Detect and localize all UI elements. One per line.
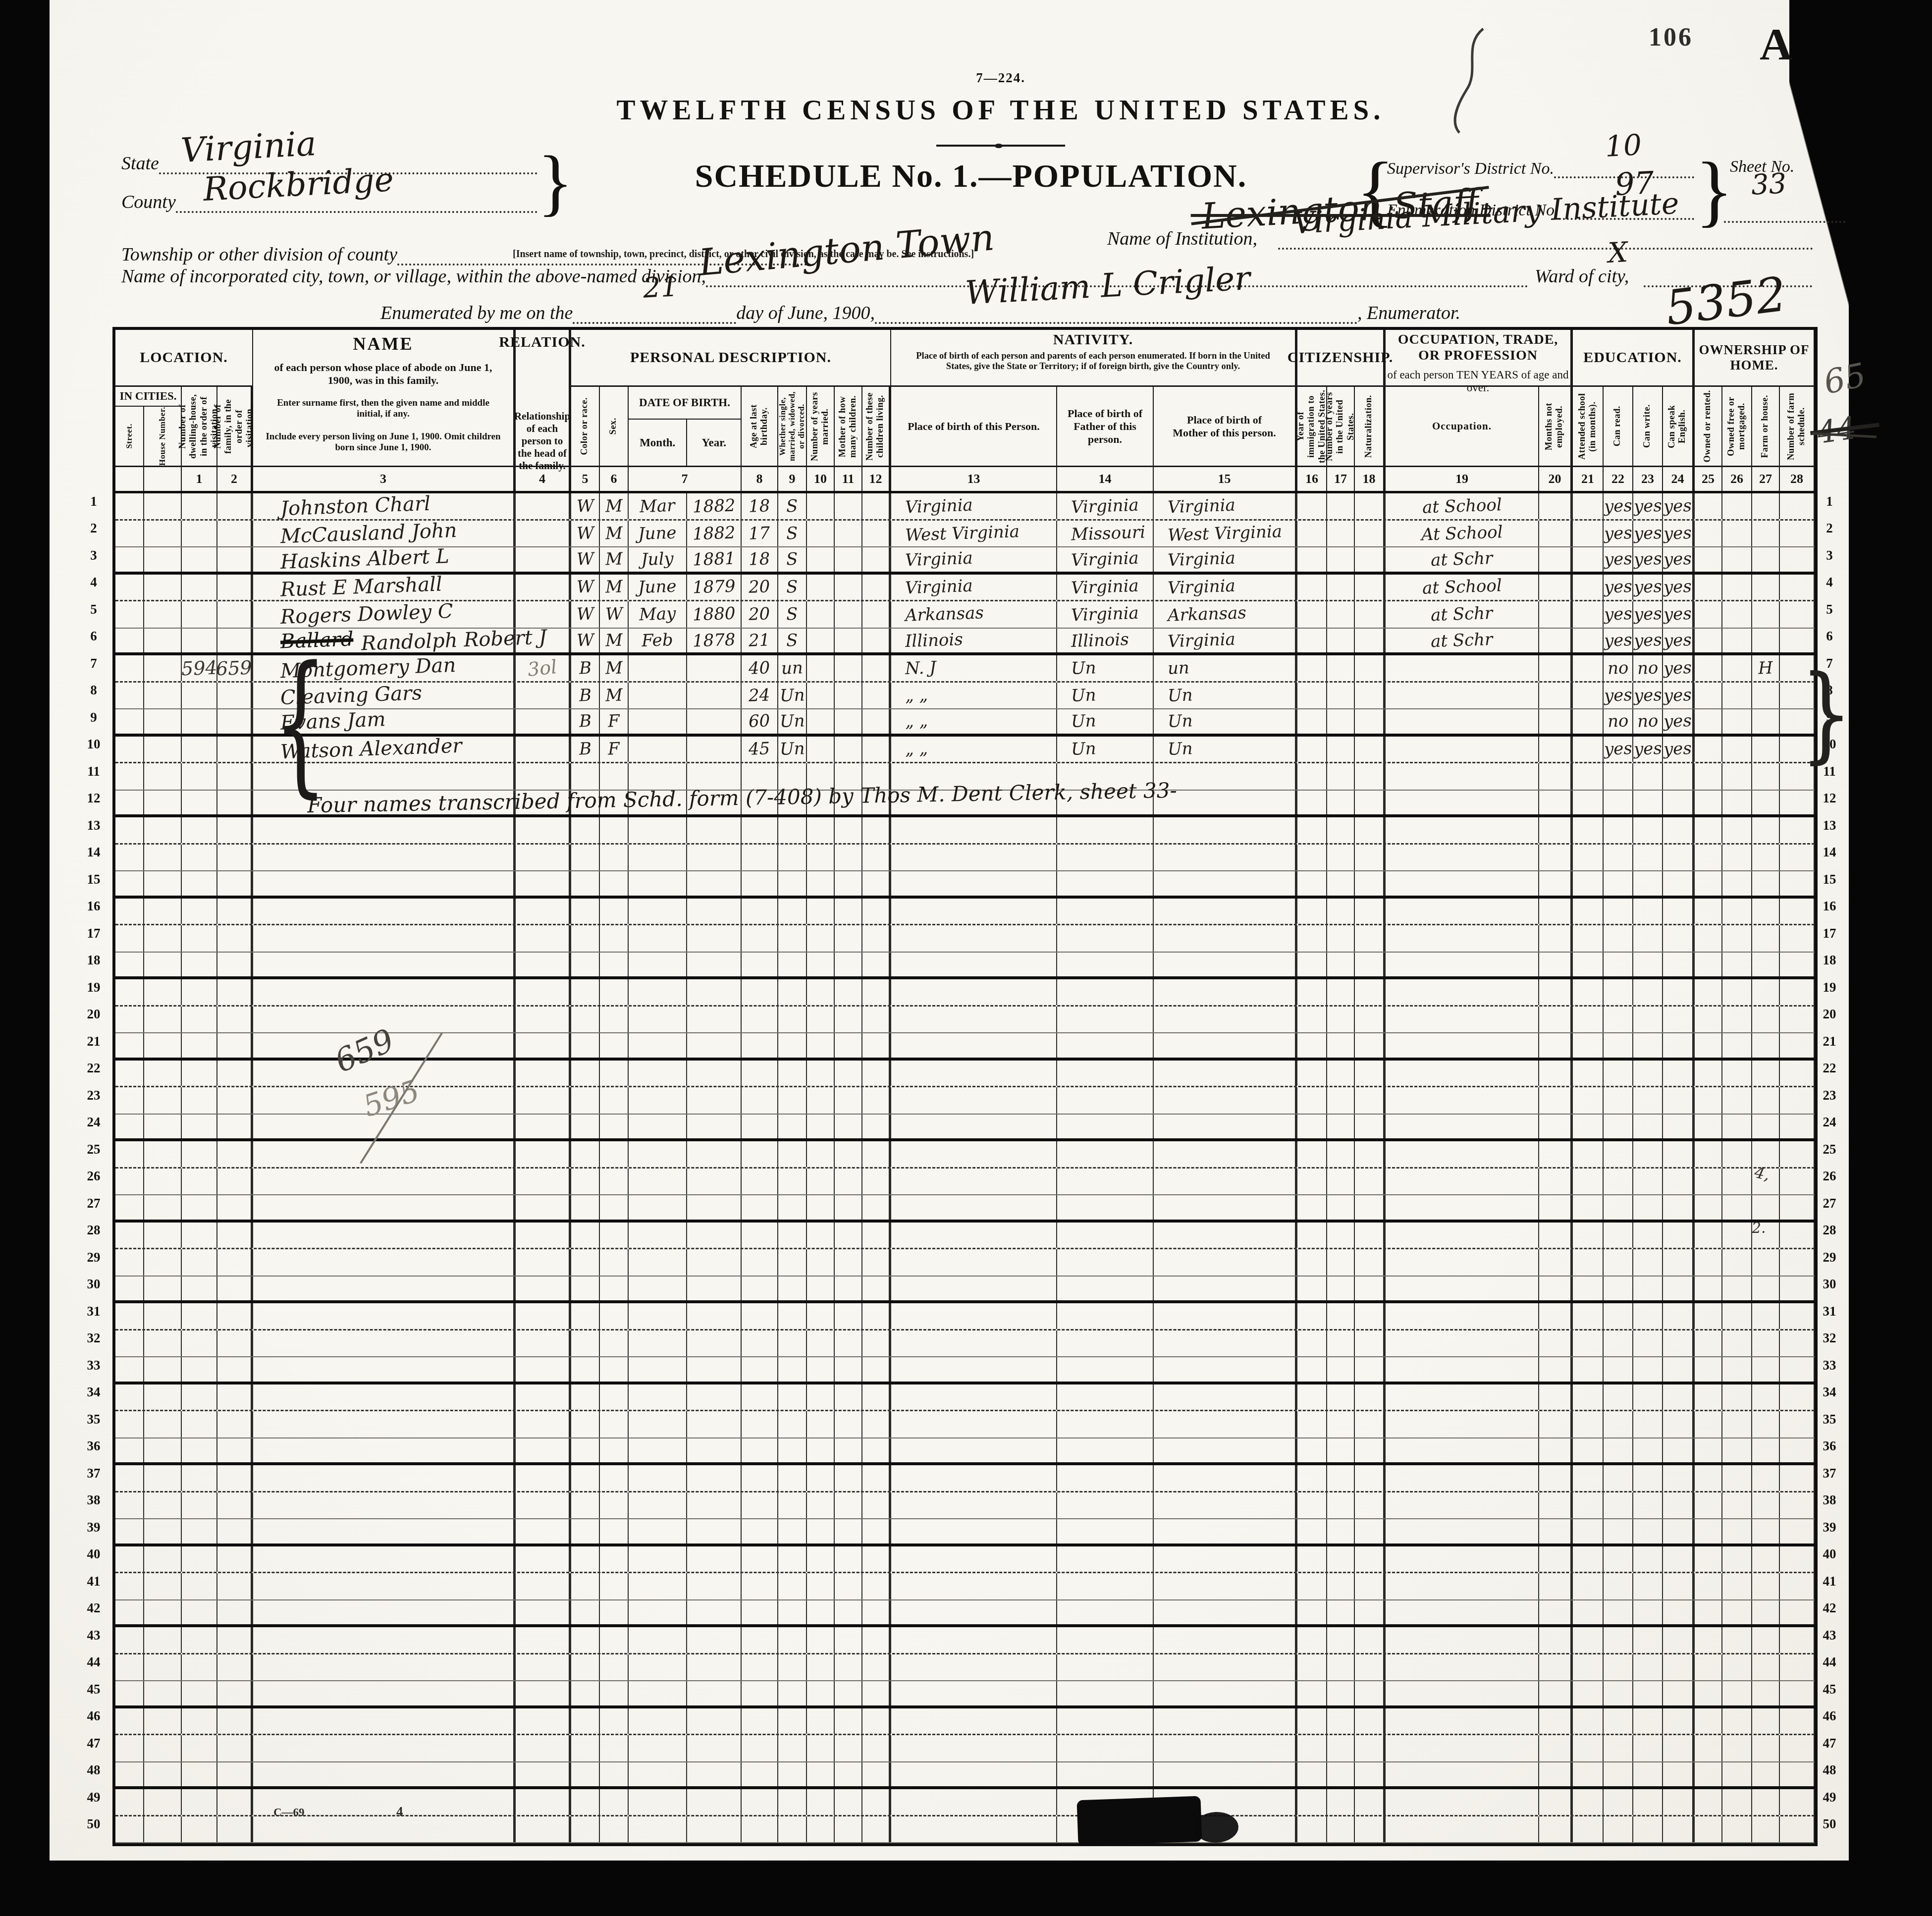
cell-write-row-44 [1633, 1654, 1663, 1681]
cell-sched-row-31 [1780, 1303, 1815, 1329]
cell-color-row-49 [571, 1789, 600, 1815]
cell-color-row-42 [571, 1600, 600, 1625]
read-handwriting: yes [1604, 630, 1632, 651]
state-county-brace: } [537, 140, 573, 225]
cell-english-row-22 [1663, 1061, 1695, 1086]
cell-occ-row-3: at Schr [1386, 547, 1539, 572]
cell-sched-row-28 [1780, 1223, 1815, 1248]
cell-dwell-row-19 [182, 979, 217, 1005]
cell-relation-row-2 [516, 521, 571, 547]
cell-relation-row-47 [516, 1735, 571, 1761]
cell-bpf-row-6: Illinois [1057, 629, 1154, 653]
cell-owned-row-49 [1695, 1789, 1722, 1815]
row-number-left-44: 44 [78, 1649, 109, 1676]
row-number-left-38: 38 [78, 1487, 109, 1514]
cell-month-row-25 [629, 1141, 687, 1167]
month-handwriting: May [639, 604, 676, 625]
cell-mother-row-18 [835, 953, 862, 977]
cell-mother-row-41 [835, 1573, 862, 1599]
cell-school-row-33 [1573, 1357, 1604, 1382]
cell-age-row-15 [742, 871, 778, 896]
table-row-18 [115, 953, 1815, 980]
cell-immig-row-50 [1297, 1816, 1327, 1843]
cell-read-row-48 [1604, 1762, 1633, 1787]
row-number-left-49: 49 [78, 1784, 109, 1811]
cell-mortg-row-38 [1722, 1492, 1752, 1519]
age-handwriting: 20 [749, 577, 771, 597]
cell-marital-row-14 [778, 845, 807, 871]
group-personal-description: PERSONAL DESCRIPTION. [571, 330, 891, 387]
column-number-immig: 16 [1297, 467, 1327, 491]
occ-handwriting: At School [1421, 522, 1503, 545]
cell-yrsmar-row-4 [807, 575, 835, 600]
cell-year-row-44 [687, 1654, 742, 1681]
cell-sex-row-35 [600, 1411, 629, 1437]
read-handwriting: no [1607, 711, 1629, 732]
cell-name-row-34 [253, 1384, 516, 1410]
cell-owned-row-20 [1695, 1007, 1722, 1033]
cell-bp-row-3: Virginia [891, 547, 1057, 572]
cell-year-row-41 [687, 1573, 742, 1599]
col-years-in-us: Number of years in the United States. [1327, 387, 1355, 467]
cell-dwell-row-22 [182, 1061, 217, 1086]
cell-yrsus-row-13 [1327, 817, 1355, 843]
cell-natur-row-1 [1355, 493, 1386, 519]
cell-english-row-23 [1663, 1087, 1695, 1114]
cell-year-row-46 [687, 1708, 742, 1734]
cell-house-row-50 [144, 1816, 182, 1843]
cell-age-row-31 [742, 1303, 778, 1329]
marital-handwriting: S [786, 630, 799, 650]
cell-name-row-3: Haskins Albert L [253, 547, 516, 572]
read-handwriting: yes [1604, 739, 1632, 759]
row-number-left-1: 1 [78, 488, 109, 515]
cell-age-row-1: 18 [742, 493, 778, 519]
cell-mother-row-13 [835, 817, 862, 843]
cell-read-row-24 [1604, 1115, 1633, 1139]
cell-yrsmar-row-39 [807, 1519, 835, 1543]
cell-sched-row-41 [1780, 1573, 1815, 1599]
cell-street-row-7 [115, 655, 144, 681]
cell-immig-row-29 [1297, 1249, 1327, 1276]
cell-month-row-8 [629, 683, 687, 709]
cell-months-row-49 [1539, 1789, 1573, 1815]
cell-street-row-26 [115, 1169, 144, 1195]
cell-street-row-29 [115, 1249, 144, 1276]
cell-yrsus-row-47 [1327, 1735, 1355, 1761]
cell-mother-row-22 [835, 1061, 862, 1086]
cell-write-row-14 [1633, 845, 1663, 871]
cell-age-row-38 [742, 1492, 778, 1519]
cell-bpf-row-39 [1057, 1519, 1154, 1543]
cell-immig-row-4 [1297, 575, 1327, 600]
cell-name-row-14 [253, 845, 516, 871]
cell-owned-row-42 [1695, 1600, 1722, 1625]
cell-year-row-6: 1878 [687, 629, 742, 653]
cell-relation-row-45 [516, 1681, 571, 1705]
cell-natur-row-21 [1355, 1033, 1386, 1058]
read-handwriting: yes [1604, 523, 1632, 544]
cell-sex-row-17 [600, 925, 629, 952]
cell-bpm-row-10: Un [1154, 737, 1297, 762]
row-number-left-5: 5 [78, 596, 109, 623]
group-location: LOCATION. [115, 330, 253, 387]
english-handwriting: yes [1663, 523, 1692, 544]
cell-mortg-row-42 [1722, 1600, 1752, 1625]
column-number-bpf: 14 [1057, 467, 1154, 491]
cell-street-row-42 [115, 1600, 144, 1625]
cell-sex-row-34 [600, 1384, 629, 1410]
cell-school-row-1 [1573, 493, 1604, 519]
cell-mother-row-15 [835, 871, 862, 896]
col-birthplace-person: Place of birth of this Person. [891, 387, 1057, 467]
cell-months-row-32 [1539, 1331, 1573, 1357]
cell-occ-row-48 [1386, 1762, 1539, 1787]
cell-read-row-5: yes [1604, 601, 1633, 628]
cell-color-row-16 [571, 899, 600, 924]
column-number-living: 12 [862, 467, 891, 491]
bp-handwriting: „ „ [905, 685, 928, 706]
cell-relation-row-38 [516, 1492, 571, 1519]
cell-dwell-row-44 [182, 1654, 217, 1681]
bpf-handwriting: Un [1071, 685, 1096, 706]
cell-name-row-41 [253, 1573, 516, 1599]
cell-house-row-15 [144, 871, 182, 896]
cell-write-row-27 [1633, 1195, 1663, 1220]
cell-mortg-row-48 [1722, 1762, 1752, 1787]
cell-family-row-43 [217, 1627, 253, 1653]
date-of-birth-label: DATE OF BIRTH. [629, 387, 741, 420]
cell-school-row-17 [1573, 925, 1604, 952]
table-row-7: 594659Montgomery Dan3olBM40unN. JUnunnon… [115, 655, 1815, 683]
cell-sched-row-18 [1780, 953, 1815, 977]
cell-sex-row-1: M [600, 493, 629, 519]
cell-sex-row-33 [600, 1357, 629, 1382]
cell-house-row-3 [144, 547, 182, 572]
cell-bp-row-48 [891, 1762, 1057, 1787]
cell-mother-row-50 [835, 1816, 862, 1843]
row-number-right-36: 36 [1814, 1433, 1845, 1460]
cell-mother-row-34 [835, 1384, 862, 1410]
cell-yrsmar-row-7 [807, 655, 835, 681]
row-number-right-22: 22 [1814, 1055, 1845, 1082]
cell-color-row-20 [571, 1007, 600, 1033]
cell-owned-row-6 [1695, 629, 1722, 653]
cell-relation-row-41 [516, 1573, 571, 1599]
group-citizenship: CITIZENSHIP. [1297, 330, 1386, 387]
cell-color-row-32 [571, 1331, 600, 1357]
cell-marital-row-17 [778, 925, 807, 952]
table-row-42 [115, 1600, 1815, 1628]
cell-school-row-34 [1573, 1384, 1604, 1410]
cell-yrsus-row-39 [1327, 1519, 1355, 1543]
english-handwriting: yes [1663, 604, 1692, 625]
cell-family-row-46 [217, 1708, 253, 1734]
cell-mother-row-29 [835, 1249, 862, 1276]
cell-yrsmar-row-34 [807, 1384, 835, 1410]
cell-read-row-42 [1604, 1600, 1633, 1625]
cell-natur-row-33 [1355, 1357, 1386, 1382]
family-handwriting: 659 [215, 656, 252, 680]
cell-occ-row-16 [1386, 899, 1539, 924]
cell-relation-row-50 [516, 1816, 571, 1843]
cell-bpf-row-34 [1057, 1384, 1154, 1410]
table-row-46 [115, 1708, 1815, 1736]
cell-farm-row-23 [1752, 1087, 1780, 1114]
bpf-handwriting: Virginia [1071, 548, 1139, 571]
cell-house-row-19 [144, 979, 182, 1005]
cell-street-row-49 [115, 1789, 144, 1815]
cell-months-row-42 [1539, 1600, 1573, 1625]
cell-month-row-18 [629, 953, 687, 977]
cell-owned-row-10 [1695, 737, 1722, 762]
cell-write-row-20 [1633, 1007, 1663, 1033]
cell-natur-row-35 [1355, 1411, 1386, 1437]
cell-yrsus-row-3 [1327, 547, 1355, 572]
cell-month-row-41 [629, 1573, 687, 1599]
cell-name-row-16 [253, 899, 516, 924]
row-number-right-19: 19 [1814, 974, 1845, 1001]
cell-owned-row-41 [1695, 1573, 1722, 1599]
cell-year-row-1: 1882 [687, 493, 742, 519]
cell-month-row-23 [629, 1087, 687, 1114]
cell-year-row-48 [687, 1762, 742, 1787]
cell-relation-row-34 [516, 1384, 571, 1410]
cell-months-row-30 [1539, 1277, 1573, 1301]
cell-marital-row-50 [778, 1816, 807, 1843]
cell-relation-row-18 [516, 953, 571, 977]
cell-dwell-row-25 [182, 1141, 217, 1167]
table-row-34 [115, 1384, 1815, 1412]
cell-relation-row-35 [516, 1411, 571, 1437]
cell-owned-row-3 [1695, 547, 1722, 572]
cell-yrsus-row-29 [1327, 1249, 1355, 1276]
cell-age-row-26 [742, 1169, 778, 1195]
cell-house-row-9 [144, 709, 182, 734]
census-title: TWELFTH CENSUS OF THE UNITED STATES. [456, 94, 1546, 126]
cell-natur-row-18 [1355, 953, 1386, 977]
cell-sex-row-39 [600, 1519, 629, 1543]
column-number-dwell: 1 [182, 467, 217, 491]
cell-occ-row-6: at Schr [1386, 629, 1539, 653]
owned-free-mortgaged-label: Owned free or mortgaged. [1726, 389, 1748, 464]
cell-living-row-4 [862, 575, 891, 600]
cell-immig-row-24 [1297, 1115, 1327, 1139]
cell-english-row-11 [1663, 763, 1695, 790]
cell-relation-row-28 [516, 1223, 571, 1248]
cell-name-row-45 [253, 1681, 516, 1705]
cell-natur-row-26 [1355, 1169, 1386, 1195]
cell-house-row-4 [144, 575, 182, 600]
row-number-left-18: 18 [78, 947, 109, 974]
cell-street-row-1 [115, 493, 144, 519]
cell-sex-row-25 [600, 1141, 629, 1167]
cell-english-row-7: yes [1663, 655, 1695, 681]
cell-immig-row-20 [1297, 1007, 1327, 1033]
cell-yrsus-row-44 [1327, 1654, 1355, 1681]
cell-house-row-32 [144, 1331, 182, 1357]
cell-street-row-10 [115, 737, 144, 762]
month-handwriting: Mar [640, 496, 676, 517]
cell-farm-row-34 [1752, 1384, 1780, 1410]
cell-english-row-46 [1663, 1708, 1695, 1734]
sex-handwriting: M [605, 685, 623, 705]
cell-house-row-44 [144, 1654, 182, 1681]
cell-mother-row-42 [835, 1600, 862, 1625]
cell-relation-row-11 [516, 763, 571, 790]
cell-mortg-row-47 [1722, 1735, 1752, 1761]
color-handwriting: W [576, 523, 594, 543]
cell-yrsmar-row-48 [807, 1762, 835, 1787]
cell-natur-row-38 [1355, 1492, 1386, 1519]
cell-sched-row-5 [1780, 601, 1815, 628]
cell-farm-row-11 [1752, 763, 1780, 790]
cell-natur-row-47 [1355, 1735, 1386, 1761]
cell-street-row-15 [115, 871, 144, 896]
cell-dwell-row-15 [182, 871, 217, 896]
cell-house-row-6 [144, 629, 182, 653]
cell-year-row-10 [687, 737, 742, 762]
cell-natur-row-4 [1355, 575, 1386, 600]
cell-living-row-7 [862, 655, 891, 681]
row-number-left-35: 35 [78, 1406, 109, 1433]
cell-dwell-row-7: 594 [182, 655, 217, 681]
cell-owned-row-39 [1695, 1519, 1722, 1543]
bpm-handwriting: Un [1167, 739, 1193, 759]
cell-school-row-40 [1573, 1546, 1604, 1572]
cell-dwell-row-24 [182, 1115, 217, 1139]
cell-age-row-25 [742, 1141, 778, 1167]
cell-sched-row-13 [1780, 817, 1815, 843]
row-number-left-40: 40 [78, 1541, 109, 1568]
cell-name-row-36 [253, 1438, 516, 1463]
table-row-45 [115, 1681, 1815, 1708]
cell-mortg-row-2 [1722, 521, 1752, 547]
cell-yrsmar-row-2 [807, 521, 835, 547]
age-handwriting: 18 [749, 496, 771, 516]
row-number-right-27: 27 [1814, 1190, 1845, 1217]
cell-sched-row-42 [1780, 1600, 1815, 1625]
cell-mortg-row-4 [1722, 575, 1752, 600]
cell-school-row-29 [1573, 1249, 1604, 1276]
cell-year-row-24 [687, 1115, 742, 1139]
cell-family-row-19 [217, 979, 253, 1005]
cell-family-row-3 [217, 547, 253, 572]
cell-mother-row-23 [835, 1087, 862, 1114]
cell-yrsus-row-4 [1327, 575, 1355, 600]
cell-bpf-row-26 [1057, 1169, 1154, 1195]
cell-write-row-46 [1633, 1708, 1663, 1734]
cell-natur-row-46 [1355, 1708, 1386, 1734]
cell-read-row-29 [1604, 1249, 1633, 1276]
cell-farm-row-33 [1752, 1357, 1780, 1382]
cell-street-row-6 [115, 629, 144, 653]
cell-yrsus-row-41 [1327, 1573, 1355, 1599]
cell-natur-row-31 [1355, 1303, 1386, 1329]
column-number-write: 23 [1633, 467, 1663, 491]
table-row-15 [115, 871, 1815, 899]
cell-occ-row-15 [1386, 871, 1539, 896]
cell-bpf-row-22 [1057, 1061, 1154, 1086]
cell-immig-row-26 [1297, 1169, 1327, 1195]
cell-dwell-row-8 [182, 683, 217, 709]
cell-family-row-12 [217, 791, 253, 815]
cell-mortg-row-36 [1722, 1438, 1752, 1463]
cell-bpf-row-37 [1057, 1465, 1154, 1491]
enumerated-field: Enumerated by me on the 21 day of June, … [380, 298, 1460, 324]
cell-sex-row-14 [600, 845, 629, 871]
cell-sched-row-20 [1780, 1007, 1815, 1033]
row-number-right-5: 5 [1814, 596, 1845, 623]
cell-name-row-42 [253, 1600, 516, 1625]
cell-color-row-40 [571, 1546, 600, 1572]
table-row-29 [115, 1249, 1815, 1277]
cell-occ-row-21 [1386, 1033, 1539, 1058]
table-header: LOCATION. NAME of each person whose plac… [115, 330, 1815, 467]
column-number-color: 5 [571, 467, 600, 491]
cell-bpm-row-14 [1154, 845, 1297, 871]
row-number-right-2: 2 [1814, 515, 1845, 542]
cell-name-row-47 [253, 1735, 516, 1761]
cell-read-row-16 [1604, 899, 1633, 924]
cell-sex-row-22 [600, 1061, 629, 1086]
cell-sex-row-19 [600, 979, 629, 1005]
cell-street-row-4 [115, 575, 144, 600]
cell-months-row-13 [1539, 817, 1573, 843]
cell-marital-row-15 [778, 871, 807, 896]
cell-relation-row-8 [516, 683, 571, 709]
cell-color-row-15 [571, 871, 600, 896]
cell-mortg-row-3 [1722, 547, 1752, 572]
cell-immig-row-38 [1297, 1492, 1327, 1519]
cell-living-row-24 [862, 1115, 891, 1139]
cell-street-row-45 [115, 1681, 144, 1705]
cell-bpm-row-39 [1154, 1519, 1297, 1543]
cell-bpm-row-37 [1154, 1465, 1297, 1491]
cell-school-row-6 [1573, 629, 1604, 653]
cell-age-row-3: 18 [742, 547, 778, 572]
cell-dwell-row-13 [182, 817, 217, 843]
bpf-handwriting: Virginia [1071, 576, 1139, 598]
cell-sex-row-29 [600, 1249, 629, 1276]
column-number-yrsus: 17 [1327, 467, 1355, 491]
cell-color-row-29 [571, 1249, 600, 1276]
cell-color-row-8: B [571, 683, 600, 709]
cell-marital-row-48 [778, 1762, 807, 1787]
cell-yrsus-row-26 [1327, 1169, 1355, 1195]
cell-mortg-row-9 [1722, 709, 1752, 734]
cell-house-row-37 [144, 1465, 182, 1491]
cell-bpf-row-36 [1057, 1438, 1154, 1463]
cell-yrsus-row-23 [1327, 1087, 1355, 1114]
cell-relation-row-21 [516, 1033, 571, 1058]
cell-year-row-22 [687, 1061, 742, 1086]
cell-school-row-9 [1573, 709, 1604, 734]
cell-read-row-1: yes [1604, 493, 1633, 519]
cell-bpm-row-32 [1154, 1331, 1297, 1357]
bpm-handwriting: West Virginia [1167, 522, 1282, 545]
attended-school-label: Attended school (in months). [1577, 389, 1599, 464]
cell-months-row-2 [1539, 521, 1573, 547]
cell-street-row-12 [115, 791, 144, 815]
cell-age-row-46 [742, 1708, 778, 1734]
cell-month-row-3: July [629, 547, 687, 572]
write-handwriting: yes [1633, 523, 1662, 544]
cell-bpf-row-28 [1057, 1223, 1154, 1248]
cell-color-row-18 [571, 953, 600, 977]
cell-house-row-12 [144, 791, 182, 815]
row-number-left-36: 36 [78, 1433, 109, 1460]
